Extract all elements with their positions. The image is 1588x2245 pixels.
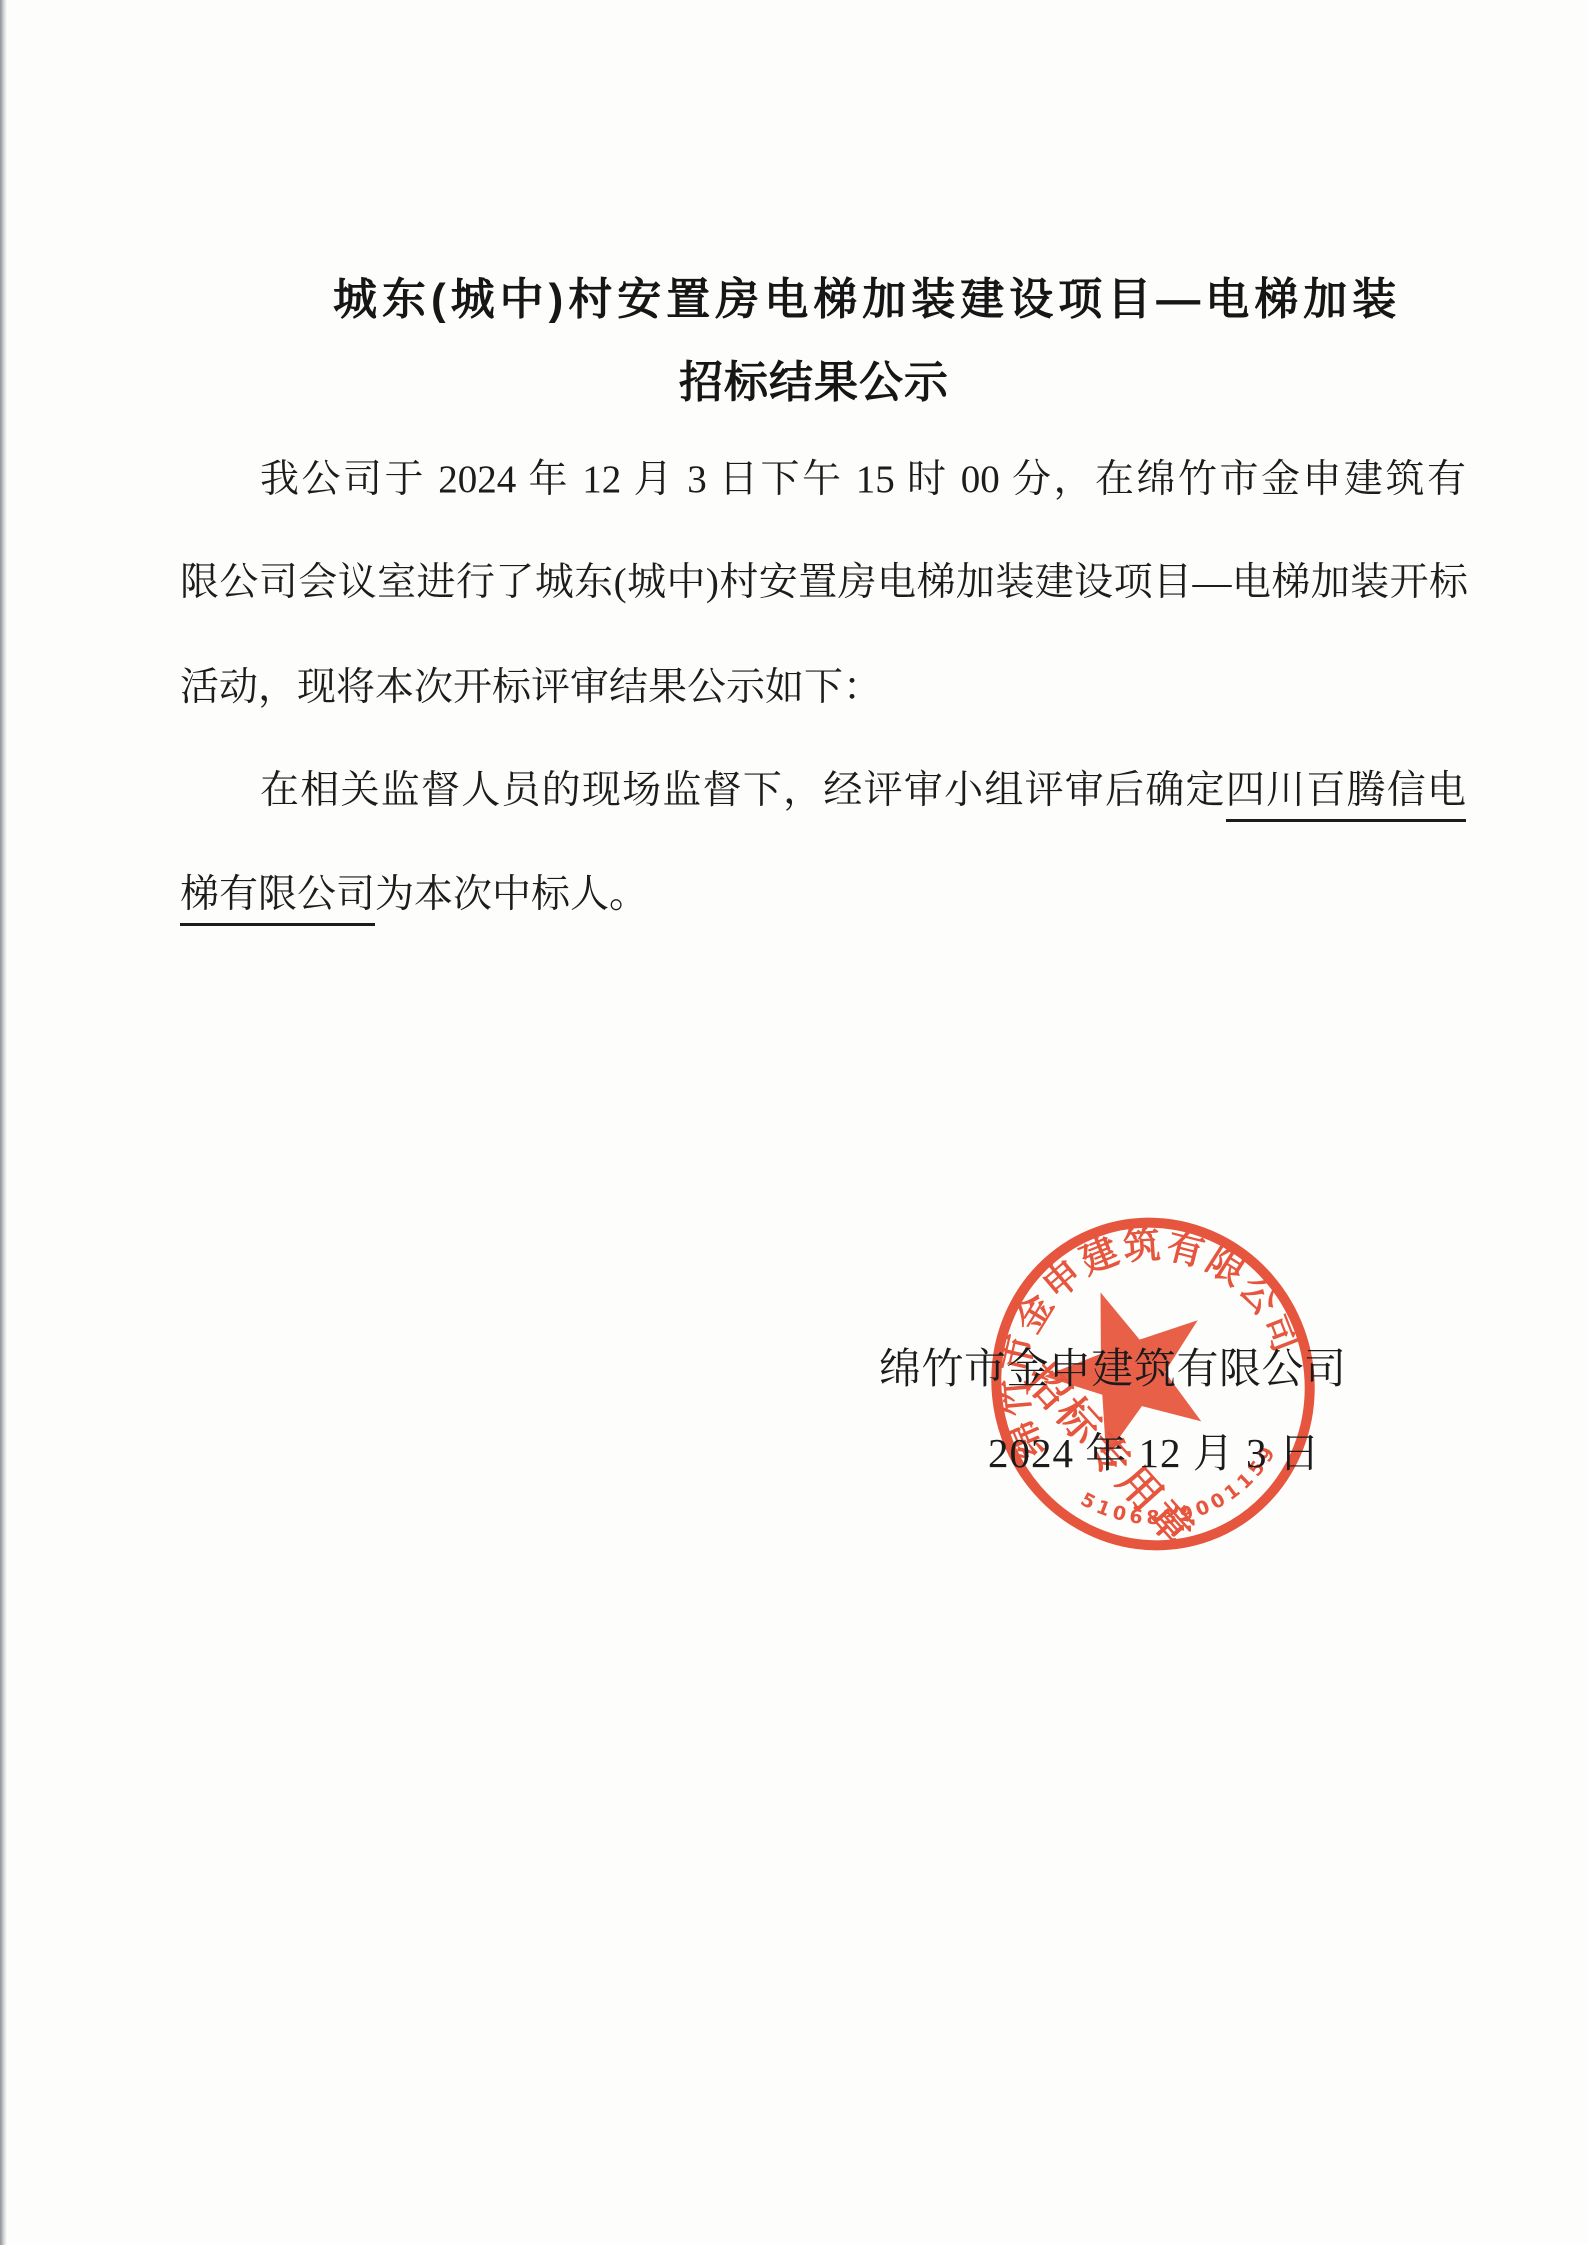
winning-bidder-name-part1: 四川百腾信电 [1226,769,1466,822]
paragraph2-line1: 在相关监督人员的现场监督下，经评审小组评审后确定四川百腾信电 [180,767,1466,816]
paragraph1-line1: 我公司于 2024 年 12 月 3 日下午 15 时 00 分，在绵竹市金申建… [180,456,1466,505]
paragraph1-line2: 限公司会议室进行了城东(城中)村安置房电梯加装建设项目—电梯加装开标 [180,559,1466,608]
winning-bidder-name-part2: 梯有限公司 [180,873,375,926]
signature-company-name: 绵竹市金申建筑有限公司 [879,1336,1347,1396]
document-title-line-2: 招标结果公示 [679,359,949,407]
paragraph2-line2: 梯有限公司为本次中标人。 [180,871,1466,920]
signature-date: 2024 年 12 月 3 日 [988,1420,1321,1479]
paragraph2-line1-text: 在相关监督人员的现场监督下，经评审小组评审后确定 [260,769,1226,812]
paragraph2-line2-text: 为本次中标人。 [375,873,648,916]
scan-edge-artifact [0,0,7,2245]
announcement-document: 城东(城中)村安置房电梯加装建设项目—电梯加装 招标结果公示 我公司于 2024… [0,0,1588,2245]
document-title-line-1: 城东(城中)村安置房电梯加装建设项目—电梯加装 [333,276,1401,324]
paragraph1-line3: 活动，现将本次开标评审结果公示如下： [180,664,1466,713]
